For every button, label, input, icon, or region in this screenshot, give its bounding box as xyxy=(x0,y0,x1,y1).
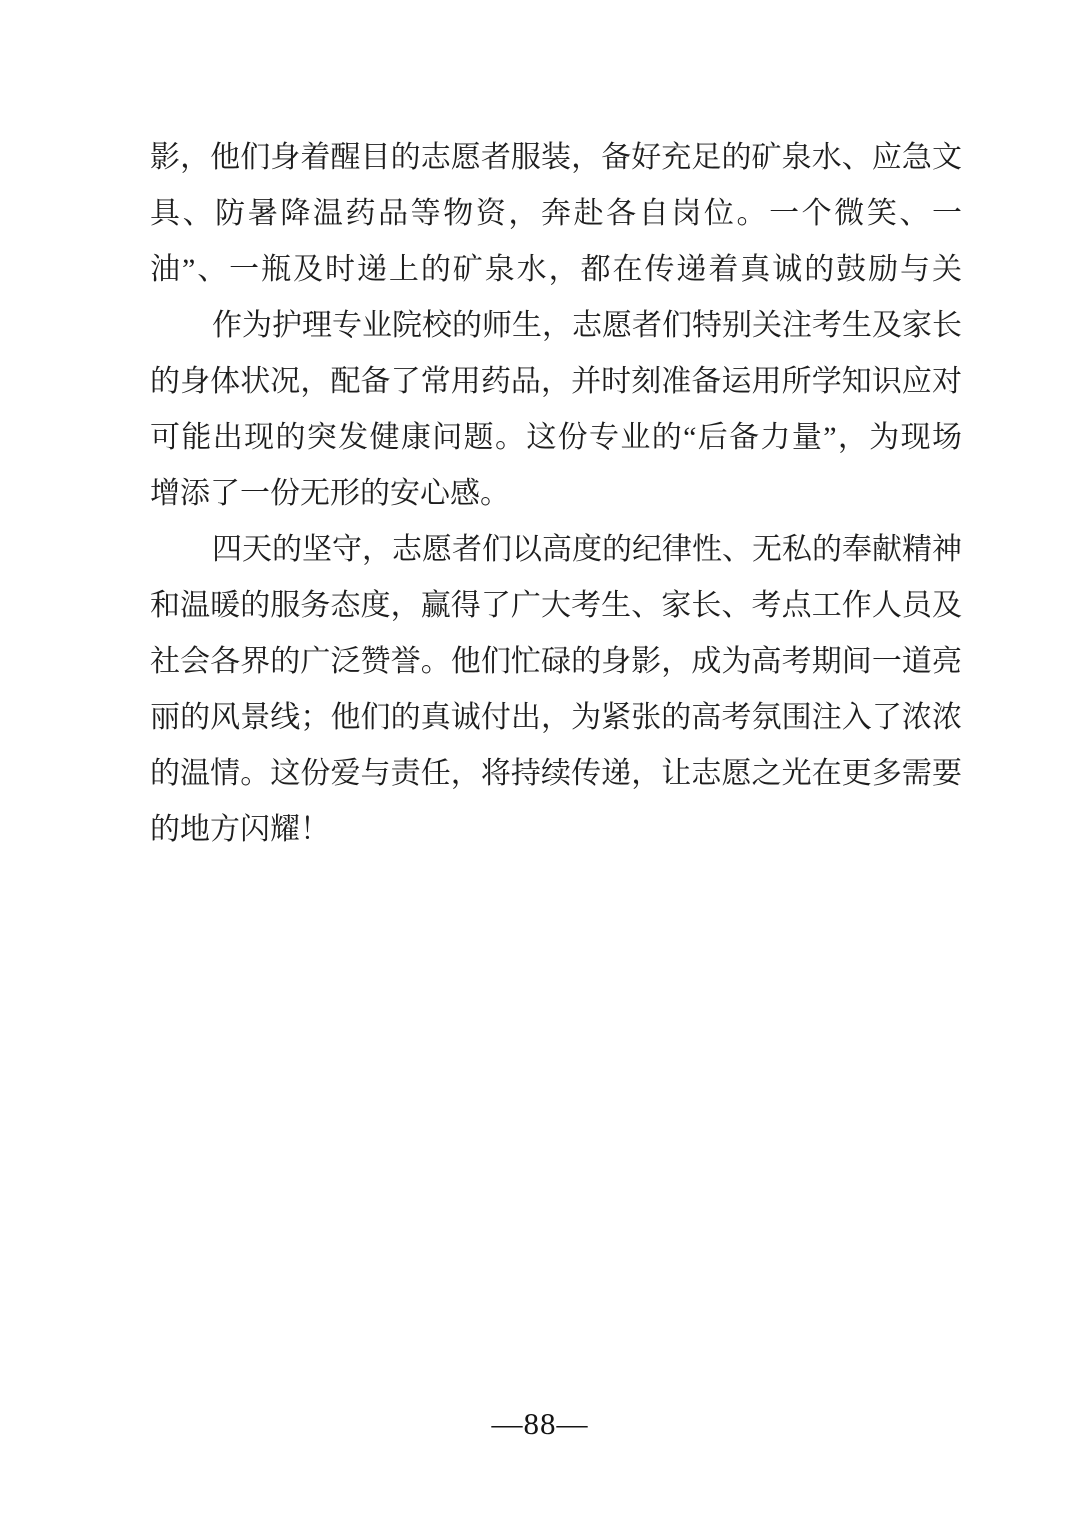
text-line: 的地方闪耀！ xyxy=(150,802,962,858)
text-line: 的身体状况，配备了常用药品，并时刻准备运用所学知识应对 xyxy=(150,354,962,410)
text-line: 和温暖的服务态度，赢得了广大考生、家长、考点工作人员及 xyxy=(150,578,962,634)
text-line: 的温情。这份爱与责任，将持续传递，让志愿之光在更多需要 xyxy=(150,746,962,802)
page-number: —88— xyxy=(0,1406,1080,1442)
text-line: 可能出现的突发健康问题。这份专业的“后备力量”，为现场 xyxy=(150,410,962,466)
document-body: 影，他们身着醒目的志愿者服装，备好充足的矿泉水、应急文 具、防暑降温药品等物资，… xyxy=(150,130,962,858)
paragraph-3: 四天的坚守，志愿者们以高度的纪律性、无私的奉献精神 和温暖的服务态度，赢得了广大… xyxy=(150,522,962,858)
text-line: 丽的风景线；他们的真诚付出，为紧张的高考氛围注入了浓浓 xyxy=(150,690,962,746)
paragraph-2: 作为护理专业院校的师生，志愿者们特别关注考生及家长 的身体状况，配备了常用药品，… xyxy=(150,298,962,522)
text-line: 作为护理专业院校的师生，志愿者们特别关注考生及家长 xyxy=(150,298,962,354)
text-line: 增添了一份无形的安心感。 xyxy=(150,466,962,522)
document-page: 影，他们身着醒目的志愿者服装，备好充足的矿泉水、应急文 具、防暑降温药品等物资，… xyxy=(0,0,1080,1527)
text-line: 四天的坚守，志愿者们以高度的纪律性、无私的奉献精神 xyxy=(150,522,962,578)
text-line: 社会各界的广泛赞誉。他们忙碌的身影，成为高考期间一道亮 xyxy=(150,634,962,690)
text-line: 具、防暑降温药品等物资，奔赴各自岗位。一个微笑、一句“加 xyxy=(150,186,962,242)
text-line: 影，他们身着醒目的志愿者服装，备好充足的矿泉水、应急文 xyxy=(150,130,962,186)
paragraph-1: 影，他们身着醒目的志愿者服装，备好充足的矿泉水、应急文 具、防暑降温药品等物资，… xyxy=(150,130,962,298)
text-line: 油”、一瓶及时递上的矿泉水，都在传递着真诚的鼓励与关怀。 xyxy=(150,242,962,298)
